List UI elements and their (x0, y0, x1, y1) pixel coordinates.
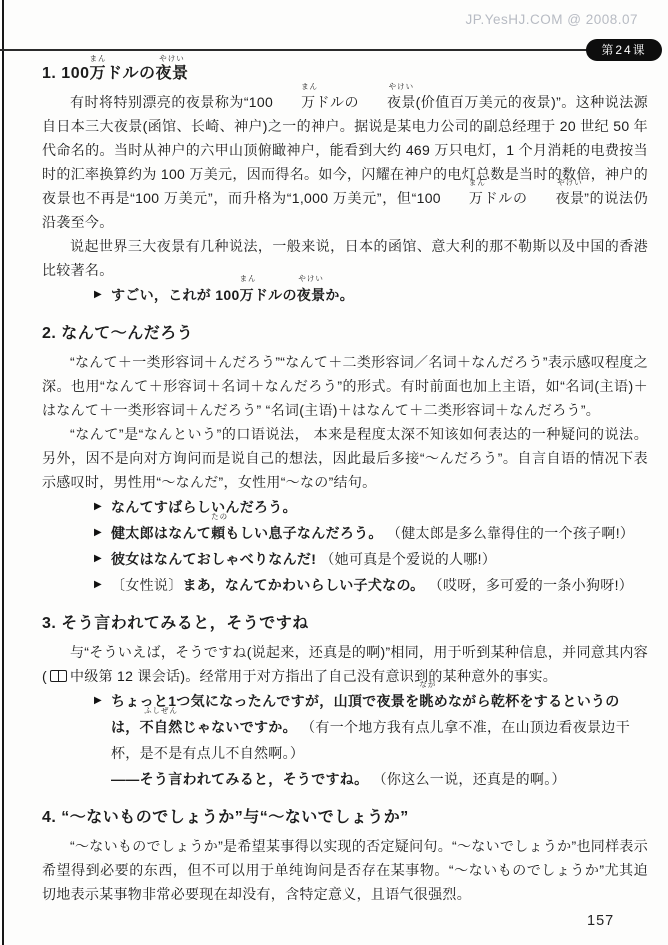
text-run: （哎呀，多可爱的一条小狗呀!） (424, 577, 633, 593)
text-run: 彼女はなんておしゃべりなんだ! (111, 551, 316, 567)
text-run: じゃないですか。 (183, 719, 297, 735)
text-run: 2. なんて～んだろう (42, 325, 193, 342)
section-title: 1. 100万まんドルの夜景やけい (42, 62, 648, 86)
paragraph: “なんて＋一类形容词＋んだろう”“なんて＋二类形容词／名词＋なんだろう”表示感叹… (42, 350, 648, 422)
ruby-base-text: 万まん (441, 186, 483, 210)
text-run: すごい，これが 100 (111, 287, 240, 303)
example-bullet-line: ▶〔女性说〕まあ，なんてかわいらしい子犬なの。 （哎呀，多可爱的一条小狗呀!） (42, 572, 648, 598)
furigana-annotation: やけい (297, 275, 326, 283)
header-rule (0, 49, 596, 51)
ruby-base-text: 万まん (273, 90, 315, 114)
sections: 1. 100万まんドルの夜景やけい有时将特别漂亮的夜景称为“100万まんドルの夜… (42, 56, 648, 906)
example-reply-line: ——そう言われてみると，そうですね。 （你这么一说，还真是的啊。） (42, 766, 648, 792)
ruby-base-text: 万まん (240, 282, 254, 308)
text-run: ドルの (106, 65, 156, 82)
ruby-base-text: 万まん (89, 62, 106, 86)
furigana-annotation: ふしぜん (140, 707, 183, 715)
text-run: 〔女性说〕 (111, 577, 183, 593)
grammar-section-4: 4. “～ないものでしょうか”与“～ないでしょうか”“～ないものでしょうか”是希… (42, 806, 648, 906)
grammar-section-2: 2. なんて～んだろう“なんて＋一类形容词＋んだろう”“なんて＋二类形容词／名词… (42, 322, 648, 598)
text-run: 4. “～ないものでしょうか”与“～ないでしょうか” (42, 809, 409, 826)
section-title: 2. なんて～んだろう (42, 322, 648, 346)
text-run: ドルの (483, 190, 527, 206)
grammar-section-3: 3. そう言われてみると，そうですね与“そういえば，そうですね(说起来，还真是的… (42, 612, 648, 792)
text-run: ——そう言われてみると，そうですね。 (111, 771, 368, 787)
ruby-base-text: 夜景やけい (156, 62, 189, 86)
bullet-triangle-icon: ▶ (94, 546, 111, 572)
paragraph: 说起世界三大夜景有几种说法，一般来说，日本的函馆、意大利的那不勒斯以及中国的香港… (42, 234, 648, 282)
furigana-annotation: なが (419, 681, 433, 689)
text-run: “なんて＋一类形容词＋んだろう”“なんて＋二类形容词／名词＋なんだろう”表示感叹… (42, 354, 648, 418)
textbook-page: JP.YesHJ.COM @ 2008.07 第24课 1. 100万まんドルの… (0, 0, 668, 945)
scan-edge-line (2, 0, 4, 945)
text-run: まあ，なんてかわいらしい子犬なの。 (183, 577, 425, 593)
ruby-base-text: 夜景やけい (528, 186, 585, 210)
ruby-base-text: 眺なが (419, 688, 433, 714)
text-run: ドルの (254, 287, 297, 303)
page-number: 157 (587, 913, 614, 929)
section-title: 4. “～ないものでしょうか”与“～ないでしょうか” (42, 806, 648, 830)
furigana-annotation: まん (441, 179, 483, 187)
text-run: 说起世界三大夜景有几种说法，一般来说，日本的函馆、意大利的那不勒斯以及中国的香港… (42, 238, 648, 278)
example-bullet-line: ▶ちょっと1つ気になったんですが，山頂で夜景を眺ながめながら乾杯をするというのは… (42, 688, 648, 766)
furigana-annotation: やけい (528, 179, 585, 187)
grammar-section-1: 1. 100万まんドルの夜景やけい有时将特别漂亮的夜景称为“100万まんドルの夜… (42, 62, 648, 308)
text-run: ドルの (315, 94, 359, 110)
ruby-base-text: 夜景やけい (359, 90, 416, 114)
example-bullet-line: ▶健太郎はなんて頼たのもしい息子なんだろう。 （健太郎是多么靠得住的一个孩子啊!… (42, 520, 648, 546)
bullet-triangle-icon: ▶ (94, 520, 111, 546)
example-text: なんてすばらしいんだろう。 (111, 494, 648, 520)
text-run: 有时将特别漂亮的夜景称为“100 (70, 94, 273, 110)
example-text: 〔女性说〕まあ，なんてかわいらしい子犬なの。 （哎呀，多可爱的一条小狗呀!） (111, 572, 648, 598)
text-run: “～ないものでしょうか”是希望某事得以实现的否定疑问句。“～ないでしょうか”也同… (42, 838, 648, 902)
bullet-triangle-icon: ▶ (94, 572, 111, 598)
example-text: ——そう言われてみると，そうですね。 （你这么一说，还真是的啊。） (111, 766, 648, 792)
ruby-base-text: 不自然ふしぜん (140, 714, 183, 740)
text-run: 健太郎はなんて (111, 525, 211, 541)
paragraph: “～ないものでしょうか”是希望某事得以实现的否定疑问句。“～ないでしょうか”也同… (42, 834, 648, 906)
ruby-base-text: 頼たの (211, 520, 225, 546)
furigana-annotation: やけい (156, 55, 189, 63)
example-text: すごい，これが 100万まんドルの夜景やけいか。 (111, 282, 648, 308)
section-title: 3. そう言われてみると，そうですね (42, 612, 648, 636)
text-run: 1. 100 (42, 65, 89, 82)
furigana-annotation: まん (273, 83, 315, 91)
example-text: 健太郎はなんて頼たのもしい息子なんだろう。 （健太郎是多么靠得住的一个孩子啊!） (111, 520, 648, 546)
text-run: もしい息子なんだろう。 (225, 525, 382, 541)
text-run: 中级第 12 课会话)。经常用于对方指出了自己没有意识到的某种意外的事实。 (70, 668, 557, 684)
bullet-triangle-icon: ▶ (94, 688, 111, 766)
furigana-annotation: やけい (359, 83, 416, 91)
example-text: ちょっと1つ気になったんですが，山頂で夜景を眺ながめながら乾杯をするというのは，… (111, 688, 648, 766)
text-run: “なんて”是“なんという”的口语说法， 本来是程度太深不知该如何表达的一种疑问的… (42, 426, 648, 490)
bullet-triangle-icon: ▶ (94, 282, 111, 308)
furigana-annotation: まん (89, 55, 106, 63)
example-bullet-line: ▶なんてすばらしいんだろう。 (42, 494, 648, 520)
text-run: （健太郎是多么靠得住的一个孩子啊!） (383, 525, 634, 541)
paragraph: “なんて”是“なんという”的口语说法， 本来是程度太深不知该如何表达的一种疑问的… (42, 422, 648, 494)
text-run: （她可真是个爱说的人哪!） (316, 551, 496, 567)
bullet-triangle-icon: ▶ (94, 494, 111, 520)
text-run: なんてすばらしいんだろう。 (111, 499, 297, 515)
paragraph: 有时将特别漂亮的夜景称为“100万まんドルの夜景やけい(价值百万美元的夜景)”。… (42, 90, 648, 234)
furigana-annotation: まん (240, 275, 254, 283)
book-icon (50, 670, 67, 682)
paragraph: 与“そういえば，そうですね(说起来，还真是的啊)”相同，用于听到某种信息，并同意… (42, 640, 648, 688)
ruby-base-text: 夜景やけい (297, 282, 326, 308)
watermark: JP.YesHJ.COM @ 2008.07 (465, 12, 638, 27)
example-bullet-line: ▶すごい，これが 100万まんドルの夜景やけいか。 (42, 282, 648, 308)
example-text: 彼女はなんておしゃべりなんだ! （她可真是个爱说的人哪!） (111, 546, 648, 572)
text-run: （你这么一说，还真是的啊。） (368, 771, 565, 787)
example-bullet-line: ▶彼女はなんておしゃべりなんだ! （她可真是个爱说的人哪!） (42, 546, 648, 572)
furigana-annotation: たの (211, 513, 225, 521)
text-run: 3. そう言われてみると，そうですね (42, 615, 309, 632)
text-run: か。 (325, 287, 354, 303)
